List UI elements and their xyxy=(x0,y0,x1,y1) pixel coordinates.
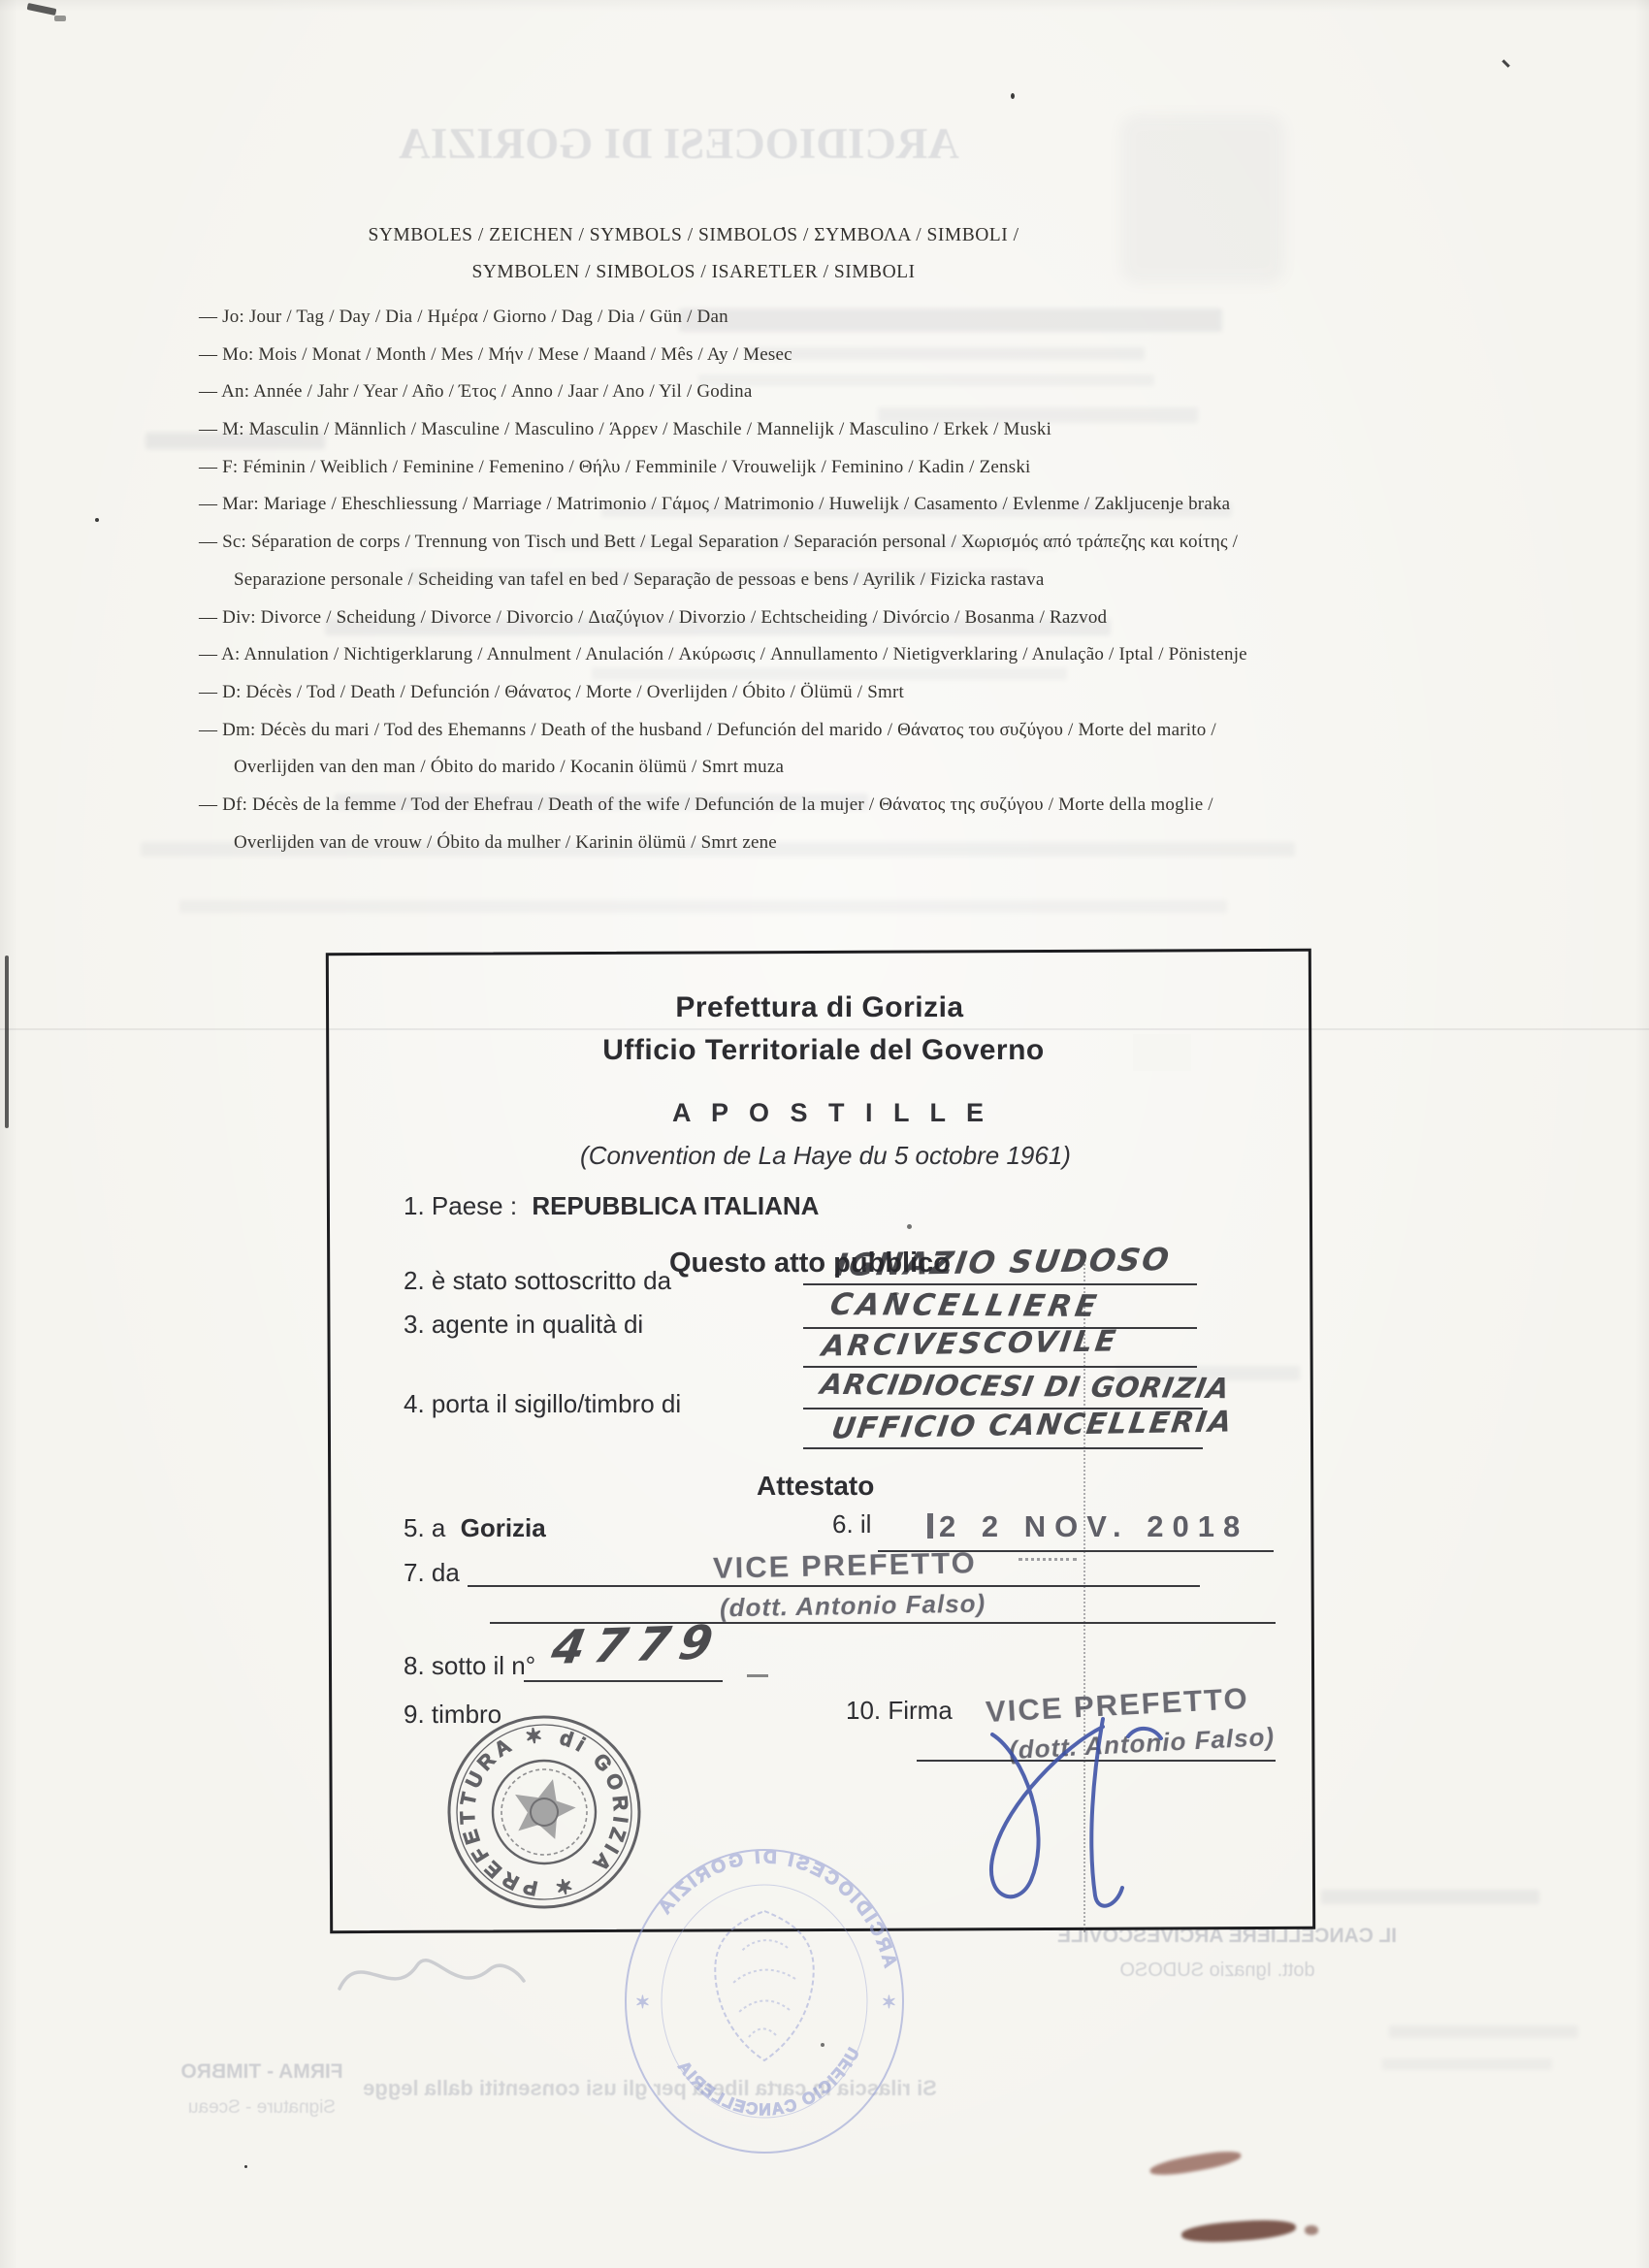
legend-entry: Overlijden van den man / Óbito do marido… xyxy=(199,749,1411,787)
field-8-line xyxy=(524,1680,723,1682)
legend-entry: — An: Année / Jahr / Year / Año / Έτος /… xyxy=(199,373,1411,411)
legend-entry: — F: Féminin / Weiblich / Feminine / Fem… xyxy=(199,449,1411,487)
bleed-bar xyxy=(1321,1890,1539,1904)
field-7-line xyxy=(468,1585,1200,1587)
scan-corner-mark xyxy=(54,16,66,21)
speck xyxy=(95,518,99,522)
arcidiocesi-bleed-stamp: ARCIDIOCESI DI GORIZIA UFFICIO CANCELLER… xyxy=(619,1843,910,2159)
handwritten-number: 4779 xyxy=(547,1615,727,1675)
vice-prefetto-name-1: (dott. Antonio Falso) xyxy=(720,1589,986,1624)
prefettura-round-stamp: ✶ PREFETTURA ✶ di GORIZIA xyxy=(441,1709,647,1915)
smudge xyxy=(1305,2225,1318,2235)
bleed-bar xyxy=(1389,2025,1578,2038)
field-10-label: 10. Firma xyxy=(846,1696,953,1726)
field-1-label-row: 1. Paese : REPUBBLICA ITALIANA xyxy=(404,1191,819,1221)
legend-title-line1: SYMBOLES / ZEICHEN / SYMBOLS / SIMBOLOS … xyxy=(257,225,1130,246)
apostille-convention-line: (Convention de La Haye du 5 octobre 1961… xyxy=(336,1141,1315,1171)
legend-entry: — Sc: Séparation de corps / Trennung von… xyxy=(199,524,1411,562)
speck xyxy=(244,2165,247,2168)
signature-ink xyxy=(955,1713,1188,1922)
bleed-crest xyxy=(1120,114,1285,284)
field-1-label: 1. Paese : xyxy=(404,1191,517,1220)
blue-stamp-star-icon: ✶ xyxy=(882,1993,896,2012)
handwritten-capacity-1: CANCELLIERE xyxy=(827,1287,1103,1324)
blue-stamp-top-text: ARCIDIOCESI DI GORIZIA xyxy=(653,1847,900,1969)
legend-entry: Separazione personale / Scheiding van ta… xyxy=(199,562,1411,599)
italy-emblem-icon xyxy=(505,1775,584,1851)
legend-entry: — Dm: Décès du mari / Tod des Ehemanns /… xyxy=(199,712,1411,750)
field-1-value: REPUBBLICA ITALIANA xyxy=(532,1191,819,1220)
field-8-label: 8. sotto il n° xyxy=(404,1651,535,1681)
smudge xyxy=(1148,2148,1242,2179)
speck xyxy=(1011,93,1015,99)
bleed-signature-scribble xyxy=(335,1952,529,2005)
field-8-dash xyxy=(747,1674,768,1677)
svg-text:UFFICIO CANCELLERIA: UFFICIO CANCELLERIA xyxy=(673,2045,863,2119)
handwritten-capacity-2: ARCIVESCOVILE xyxy=(820,1324,1120,1363)
handwritten-seal-1: ARCIDIOCESI DI GORIZIA xyxy=(818,1368,1232,1405)
speck xyxy=(1502,59,1509,67)
blue-stamp-star-icon: ✶ xyxy=(635,1993,650,2012)
field-4-label: 4. porta il sigillo/timbro di xyxy=(404,1389,681,1419)
smudge xyxy=(1180,2218,1296,2245)
field-6-label: 6. il xyxy=(832,1509,871,1539)
answer-line xyxy=(803,1447,1203,1449)
bleed-cancelliere-name: dott. Ignazio SUDOSO xyxy=(1057,1960,1377,1982)
legend-entry: — Div: Divorce / Scheidung / Divorce / D… xyxy=(199,599,1411,637)
scanned-document-page: ARCIDIOCESI DI GORIZIA IL CANCELLIERE AR… xyxy=(0,0,1649,2268)
field-5-row: 5. a Gorizia xyxy=(404,1513,546,1543)
legend-entry: — D: Décès / Tod / Death / Defunción / Θ… xyxy=(199,674,1411,712)
field-5-label: 5. a xyxy=(404,1513,445,1542)
attest-heading: Attestato xyxy=(757,1471,874,1502)
date-stamp-dots xyxy=(1018,1558,1077,1561)
answer-line xyxy=(803,1283,1197,1285)
field-2-label: 2. è stato sottoscritto da xyxy=(404,1266,671,1296)
blue-stamp-crest-icon xyxy=(715,1911,813,2060)
date-stamp-artifact xyxy=(927,1513,933,1539)
legend-entry: — M: Masculin / Männlich / Masculine / M… xyxy=(199,411,1411,449)
legend-entry: — Mo: Mois / Monat / Month / Mes / Μήν /… xyxy=(199,337,1411,374)
symbols-legend: — Jo: Jour / Tag / Day / Dia / Ημέρα / G… xyxy=(199,299,1411,861)
handwritten-seal-2: UFFICIO CANCELLERIA xyxy=(829,1405,1236,1445)
bleed-bar xyxy=(179,900,1227,913)
scan-edge-mark xyxy=(5,956,9,1128)
blue-stamp-bottom-text: UFFICIO CANCELLERIA xyxy=(673,2045,863,2119)
legend-title-line2: SYMBOLEN / SIMBOLOS / ISARETLER / SIMBOL… xyxy=(257,262,1130,283)
legend-entry: Overlijden van de vrouw / Óbito da mulhe… xyxy=(199,825,1411,862)
apostille-title: A P O S T I L L E xyxy=(341,1098,1321,1128)
legend-entry: — Jo: Jour / Tag / Day / Dia / Ημέρα / G… xyxy=(199,299,1411,337)
bleed-header: ARCIDIOCESI DI GORIZIA xyxy=(378,118,980,169)
legend-entry: — Mar: Mariage / Eheschliessung / Marria… xyxy=(199,486,1411,524)
legend-entry: — Df: Décès de la femme / Tod der Ehefra… xyxy=(199,787,1411,825)
print-fade xyxy=(1133,1034,1191,1071)
apostille-office-line1: Prefettura di Gorizia xyxy=(330,991,1309,1024)
scan-corner-mark xyxy=(27,3,57,16)
handwritten-signatory: IGNAZIO SUDOSO xyxy=(833,1241,1173,1283)
date-stamp: 2 2 NOV. 2018 xyxy=(939,1509,1248,1544)
bleed-bar xyxy=(1382,2058,1552,2070)
field-5-value: Gorizia xyxy=(461,1513,546,1542)
field-7-label: 7. da xyxy=(404,1558,460,1588)
legend-entry: — A: Annulation / Nichtigerklarung / Ann… xyxy=(199,636,1411,674)
svg-text:ARCIDIOCESI DI GORIZIA: ARCIDIOCESI DI GORIZIA xyxy=(653,1847,900,1969)
vice-prefetto-stamp-1: VICE PREFETTO xyxy=(713,1545,977,1586)
field-3-label: 3. agente in qualità di xyxy=(404,1310,643,1340)
